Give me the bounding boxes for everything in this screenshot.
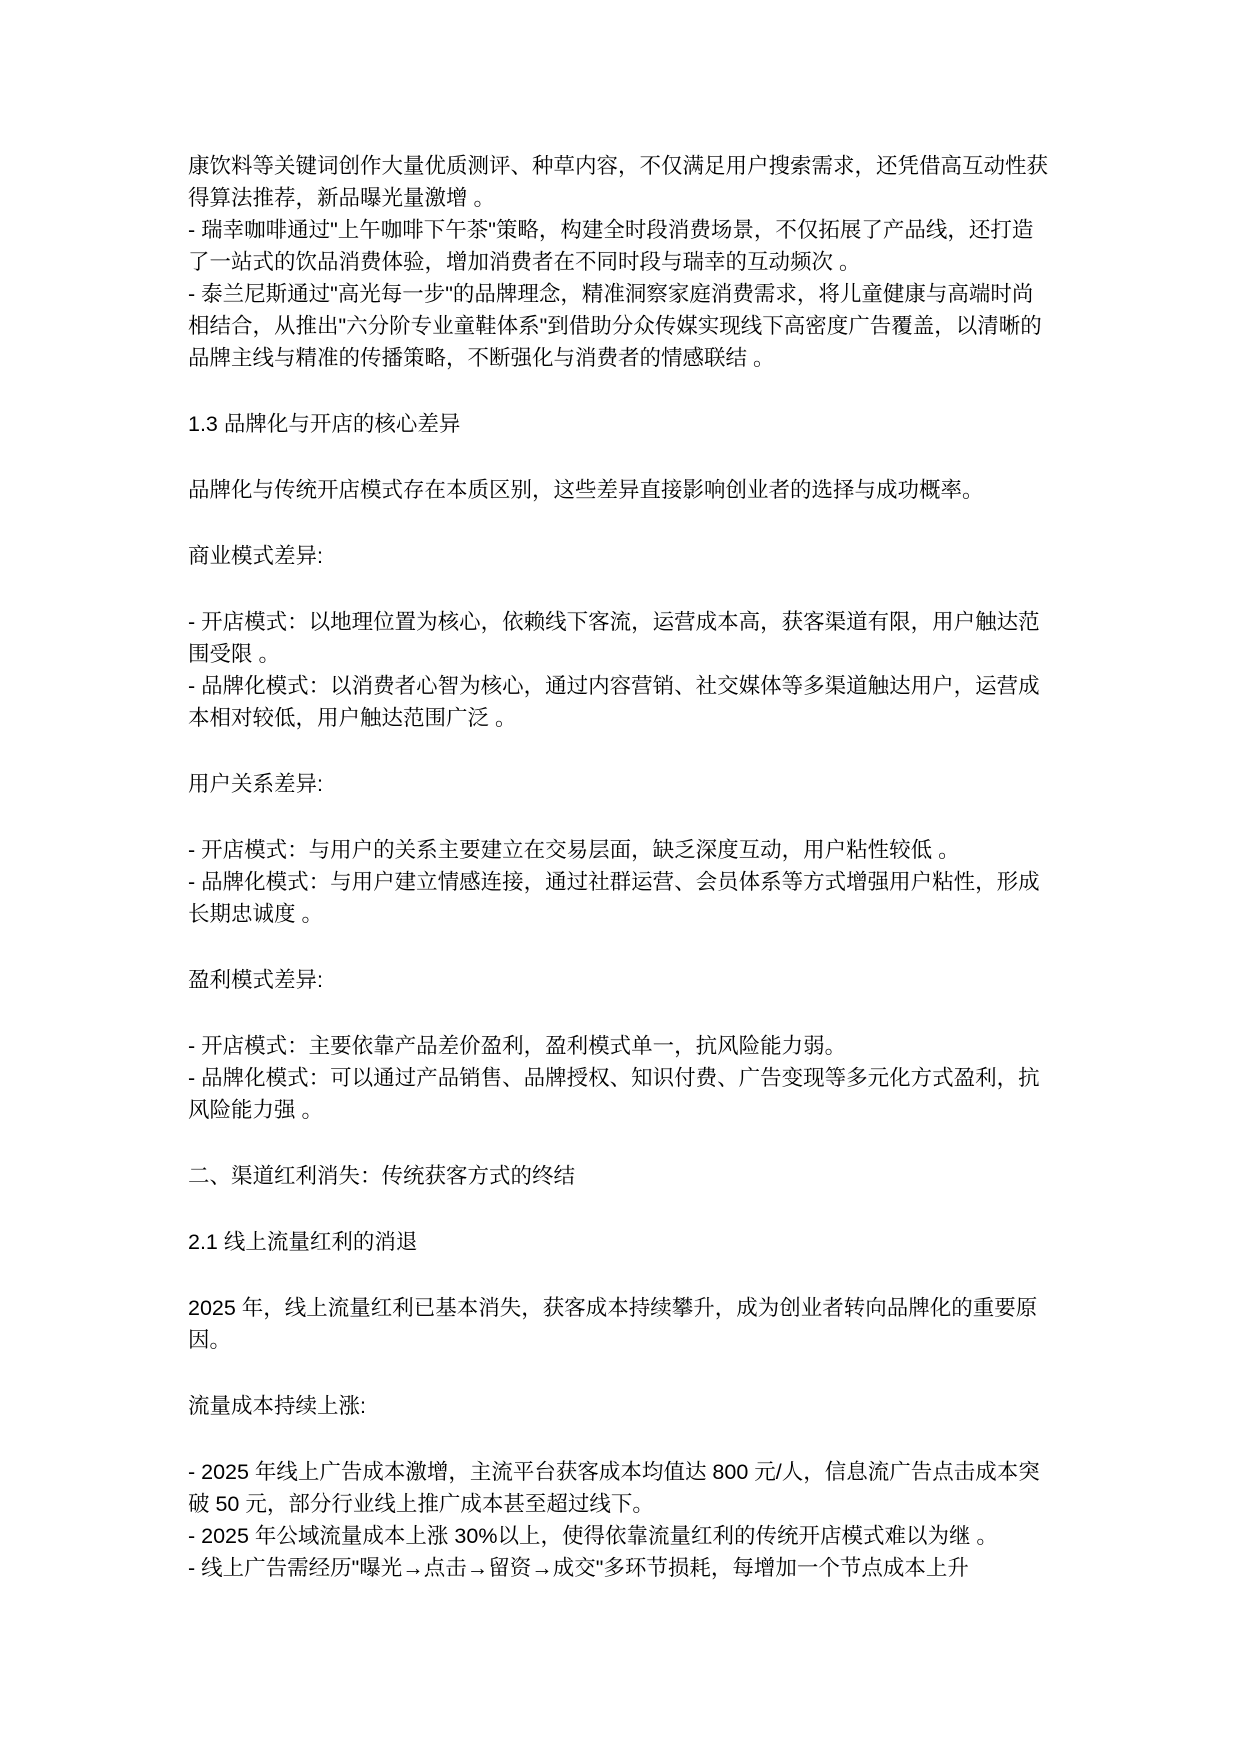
section-heading-chapter-2: 二、渠道红利消失：传统获客方式的终结 <box>188 1160 1068 1192</box>
bullet-list-profit-model: - 开店模式：主要依靠产品差价盈利，盈利模式单一，抗风险能力弱。 - 品牌化模式… <box>188 1030 1068 1126</box>
bullet-list-traffic-cost: - 2025 年线上广告成本激增，主流平台获客成本均值达 800 元/人，信息流… <box>188 1456 1068 1584</box>
label-business-model-difference: 商业模式差异: <box>188 540 1068 572</box>
bullet-line: 围受限 。 <box>188 638 1068 670</box>
bullet-line: 长期忠诚度 。 <box>188 898 1068 930</box>
bullet-line: 本相对较低，用户触达范围广泛 。 <box>188 702 1068 734</box>
text-line: 相结合，从推出"六分阶专业童鞋体系"到借助分众传媒实现线下高密度广告覆盖，以清晰… <box>188 310 1068 342</box>
text-line: 得算法推荐，新品曝光量激增 。 <box>188 182 1068 214</box>
bullet-line: 风险能力强 。 <box>188 1094 1068 1126</box>
bullet-line: - 开店模式：主要依靠产品差价盈利，盈利模式单一，抗风险能力弱。 <box>188 1030 1068 1062</box>
bullet-line: 破 50 元，部分行业线上推广成本甚至超过线下。 <box>188 1488 1068 1520</box>
bullet-list-business-model: - 开店模式：以地理位置为核心，依赖线下客流，运营成本高，获客渠道有限，用户触达… <box>188 606 1068 734</box>
bullet-line: - 品牌化模式：可以通过产品销售、品牌授权、知识付费、广告变现等多元化方式盈利，… <box>188 1062 1068 1094</box>
label-text: 流量成本持续上涨: <box>188 1390 1068 1422</box>
text-line: 2025 年，线上流量红利已基本消失，获客成本持续攀升，成为创业者转向品牌化的重… <box>188 1292 1068 1324</box>
text-line: 品牌化与传统开店模式存在本质区别，这些差异直接影响创业者的选择与成功概率。 <box>188 474 1068 506</box>
label-profit-model-difference: 盈利模式差异: <box>188 964 1068 996</box>
text-line: 了一站式的饮品消费体验，增加消费者在不同时段与瑞幸的互动频次 。 <box>188 246 1068 278</box>
paragraph-intro-differences: 品牌化与传统开店模式存在本质区别，这些差异直接影响创业者的选择与成功概率。 <box>188 474 1068 506</box>
document-page: 康饮料等关键词创作大量优质测评、种草内容，不仅满足用户搜索需求，还凭借高互动性获… <box>188 150 1068 1584</box>
bullet-line: - 品牌化模式：与用户建立情感连接，通过社群运营、会员体系等方式增强用户粘性，形… <box>188 866 1068 898</box>
text-line: - 泰兰尼斯通过"高光每一步"的品牌理念，精准洞察家庭消费需求，将儿童健康与高端… <box>188 278 1068 310</box>
bullet-line: - 2025 年线上广告成本激增，主流平台获客成本均值达 800 元/人，信息流… <box>188 1456 1068 1488</box>
bullet-line: - 品牌化模式：以消费者心智为核心，通过内容营销、社交媒体等多渠道触达用户，运营… <box>188 670 1068 702</box>
text-line: 康饮料等关键词创作大量优质测评、种草内容，不仅满足用户搜索需求，还凭借高互动性获 <box>188 150 1068 182</box>
bullet-line: - 线上广告需经历"曝光→点击→留资→成交"多环节损耗，每增加一个节点成本上升 <box>188 1552 1068 1584</box>
heading-text: 2.1 线上流量红利的消退 <box>188 1226 1068 1258</box>
bullet-line: - 开店模式：以地理位置为核心，依赖线下客流，运营成本高，获客渠道有限，用户触达… <box>188 606 1068 638</box>
text-line: - 瑞幸咖啡通过"上午咖啡下午茶"策略，构建全时段消费场景，不仅拓展了产品线，还… <box>188 214 1068 246</box>
text-line: 品牌主线与精准的传播策略，不断强化与消费者的情感联结 。 <box>188 342 1068 374</box>
section-heading-1-3: 1.3 品牌化与开店的核心差异 <box>188 408 1068 440</box>
label-text: 用户关系差异: <box>188 768 1068 800</box>
section-heading-2-1: 2.1 线上流量红利的消退 <box>188 1226 1068 1258</box>
bullet-list-user-relationship: - 开店模式：与用户的关系主要建立在交易层面，缺乏深度互动，用户粘性较低 。 -… <box>188 834 1068 930</box>
paragraph-examples: 康饮料等关键词创作大量优质测评、种草内容，不仅满足用户搜索需求，还凭借高互动性获… <box>188 150 1068 374</box>
heading-text: 1.3 品牌化与开店的核心差异 <box>188 408 1068 440</box>
label-text: 商业模式差异: <box>188 540 1068 572</box>
bullet-line: - 2025 年公域流量成本上涨 30%以上，使得依靠流量红利的传统开店模式难以… <box>188 1520 1068 1552</box>
label-user-relationship-difference: 用户关系差异: <box>188 768 1068 800</box>
label-text: 盈利模式差异: <box>188 964 1068 996</box>
label-traffic-cost-rising: 流量成本持续上涨: <box>188 1390 1068 1422</box>
paragraph-traffic-dividend: 2025 年，线上流量红利已基本消失，获客成本持续攀升，成为创业者转向品牌化的重… <box>188 1292 1068 1356</box>
text-line: 因。 <box>188 1324 1068 1356</box>
heading-text: 二、渠道红利消失：传统获客方式的终结 <box>188 1160 1068 1192</box>
bullet-line: - 开店模式：与用户的关系主要建立在交易层面，缺乏深度互动，用户粘性较低 。 <box>188 834 1068 866</box>
